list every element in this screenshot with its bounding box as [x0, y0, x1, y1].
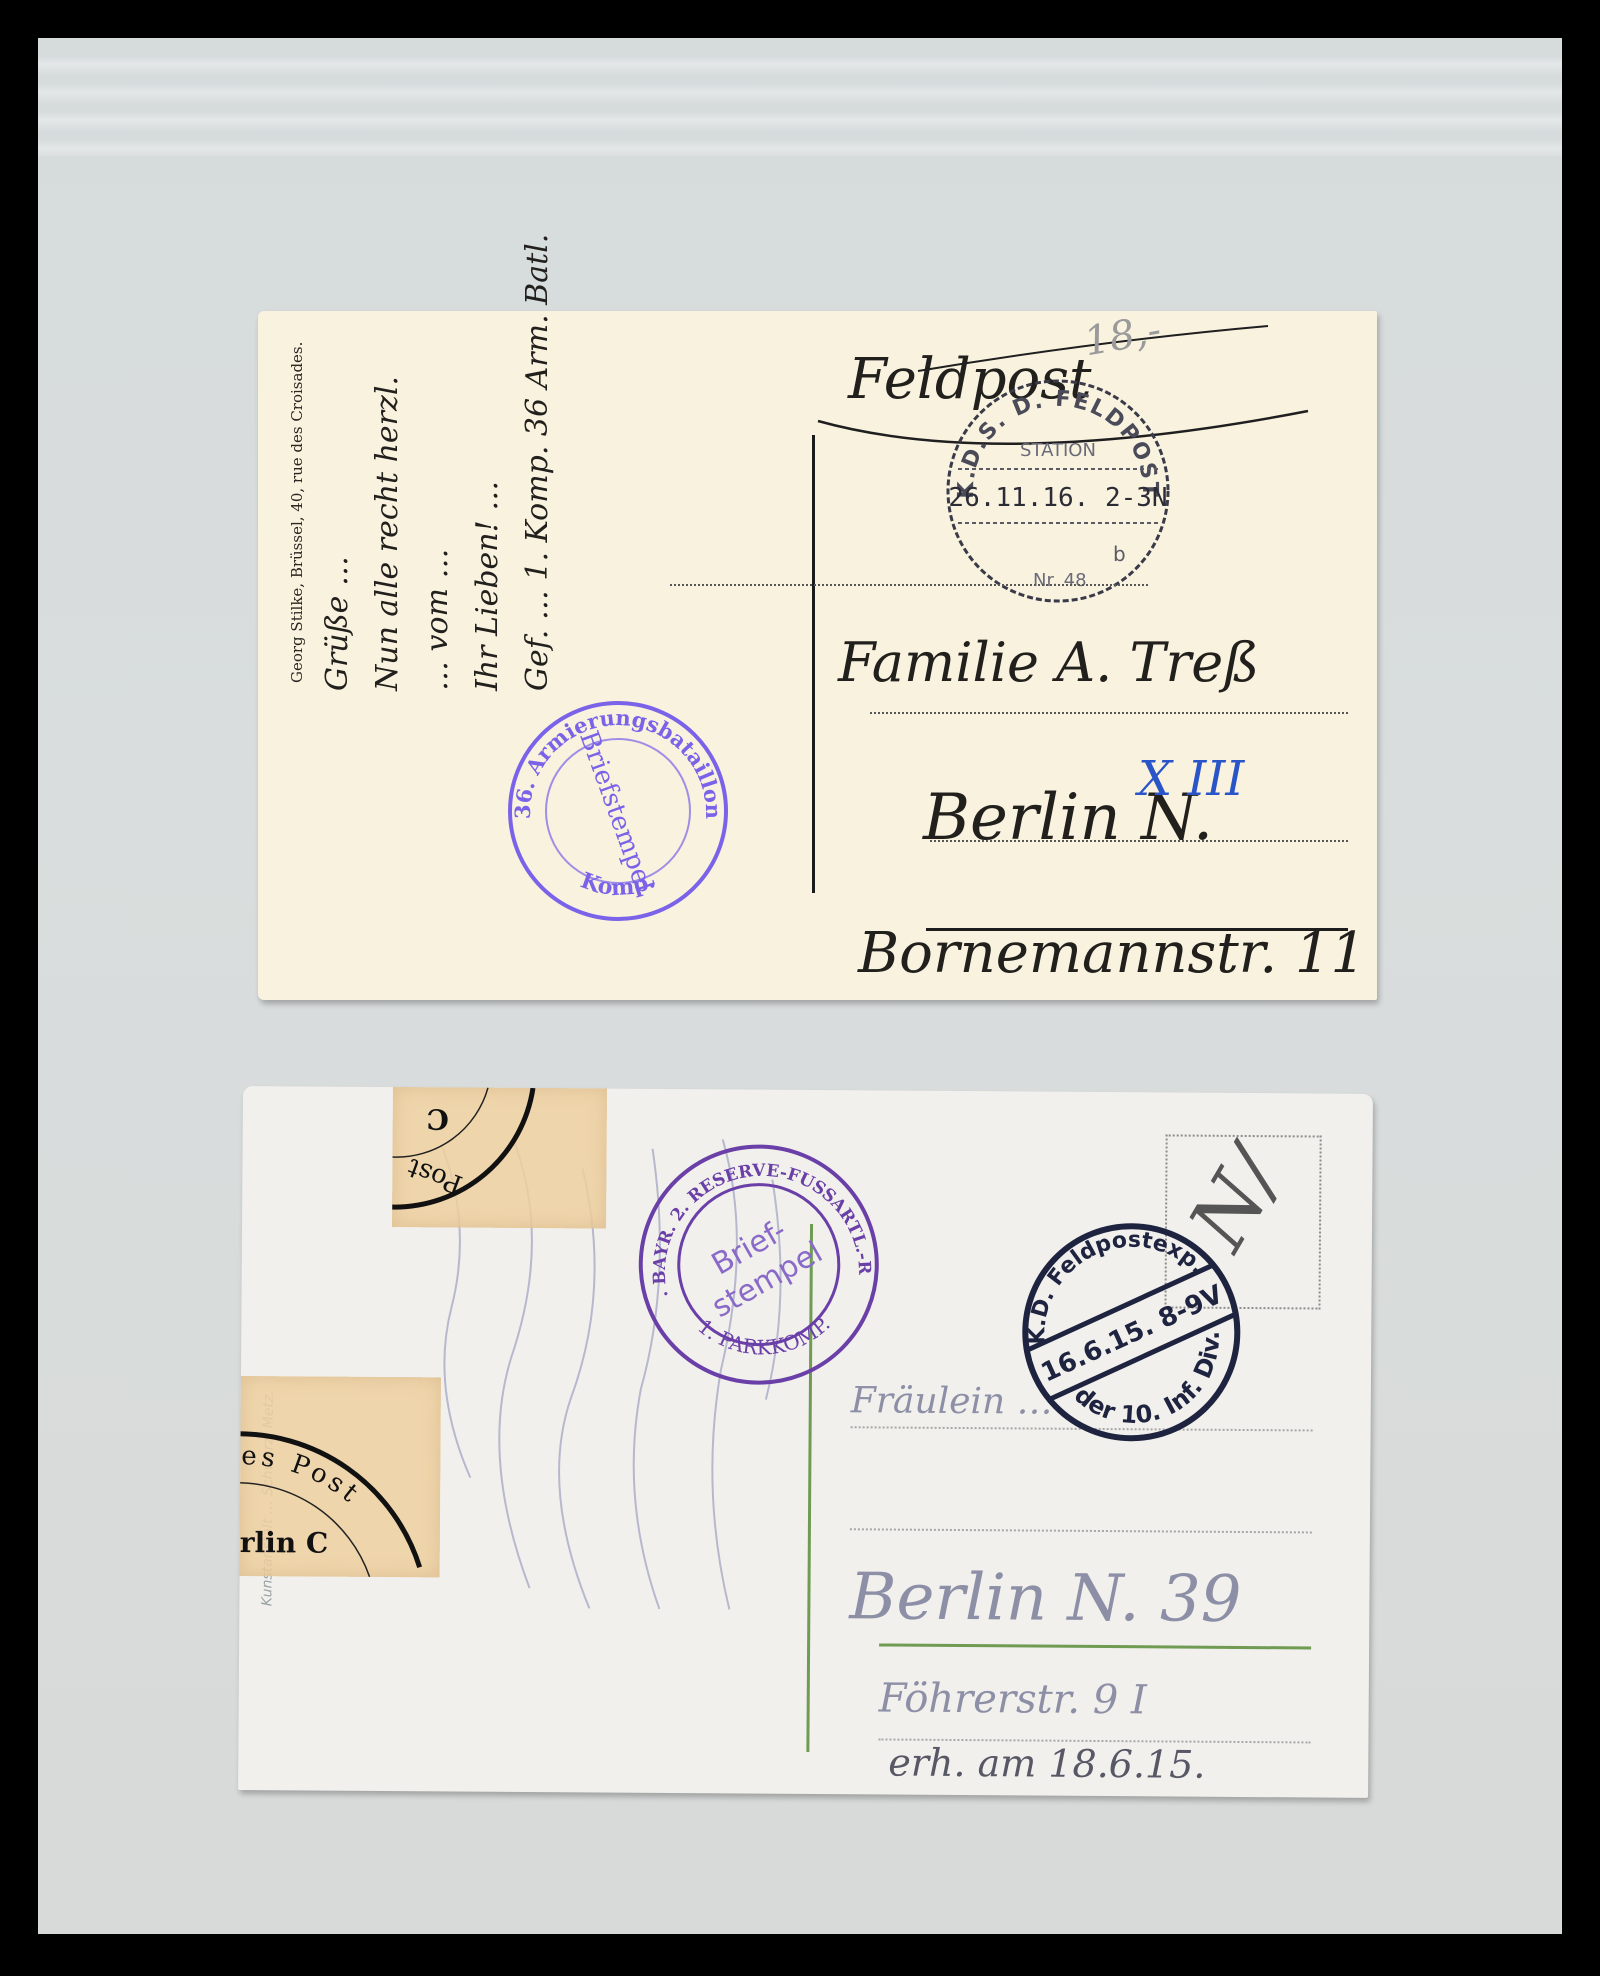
address-line-1 — [670, 584, 1148, 586]
address-line-2 — [870, 712, 1348, 714]
censor-tape-bottom: nes Post rlin C — [240, 1376, 441, 1577]
card-divider — [812, 435, 815, 893]
postcard-top: Georg Stilke, Brüssel, 40, rue des Crois… — [258, 311, 1377, 1000]
printer-imprint: Georg Stilke, Brüssel, 40, rue des Crois… — [288, 342, 306, 683]
feldpost-cancel: K.D. Feldpostexp. 16.6.15. 8-9V der 10. … — [1016, 1216, 1248, 1448]
svg-text:Nr. 48: Nr. 48 — [1033, 570, 1087, 591]
svg-text:C: C — [426, 1102, 449, 1135]
censor-tape-top: C Post — [392, 1087, 607, 1228]
message-line: Nun alle recht herzl. — [363, 234, 413, 691]
unit-briefstempel: KGL. BAYR. 2. RESERVE-FUSSARTL.-REGT. 1.… — [633, 1139, 885, 1391]
message-line: Grüße … — [313, 234, 363, 691]
unit-briefstempel: 36. Armierungsbataillon Komp. Briefstemp… — [503, 696, 733, 926]
feldpost-cancel: K.D.S. D. FELDPOST STATION 26.11.16. 2-3… — [938, 371, 1178, 611]
address-recipient: Familie A. Treß — [838, 631, 1259, 694]
message-line: … vom … — [413, 234, 463, 691]
message-line: Ihr Lieben! … — [463, 234, 513, 691]
message-line: Gef. … 1. Komp. 36 Arm. Batl. — [513, 234, 563, 691]
protective-sleeve-band — [38, 56, 1562, 156]
svg-text:26.11.16. 2-3N: 26.11.16. 2-3N — [948, 483, 1167, 513]
address-street: Bornemannstr. 11 — [858, 921, 1366, 986]
blue-district-mark: X III — [1138, 751, 1244, 807]
address-street: Föhrerstr. 9 I — [879, 1675, 1147, 1723]
address-line-2 — [850, 1528, 1312, 1533]
svg-text:STATION: STATION — [1020, 440, 1096, 461]
svg-text:rlin C: rlin C — [240, 1526, 329, 1560]
postcard-bottom: Kunstanstalt … Schwarz, Metz. C Post nes… — [238, 1086, 1373, 1798]
svg-text:b: b — [1113, 542, 1126, 566]
svg-text:1. PARKKOMP.: 1. PARKKOMP. — [693, 1311, 835, 1360]
address-line-3 — [879, 1643, 1311, 1649]
svg-text:Post: Post — [403, 1152, 466, 1200]
received-note: erh. am 18.6.15. — [888, 1741, 1205, 1787]
svg-text:nes Post: nes Post — [240, 1441, 367, 1511]
message-text: Grüße … Nun alle recht herzl. … vom … Ih… — [313, 234, 563, 691]
address-city: Berlin N. 39 — [849, 1560, 1242, 1637]
